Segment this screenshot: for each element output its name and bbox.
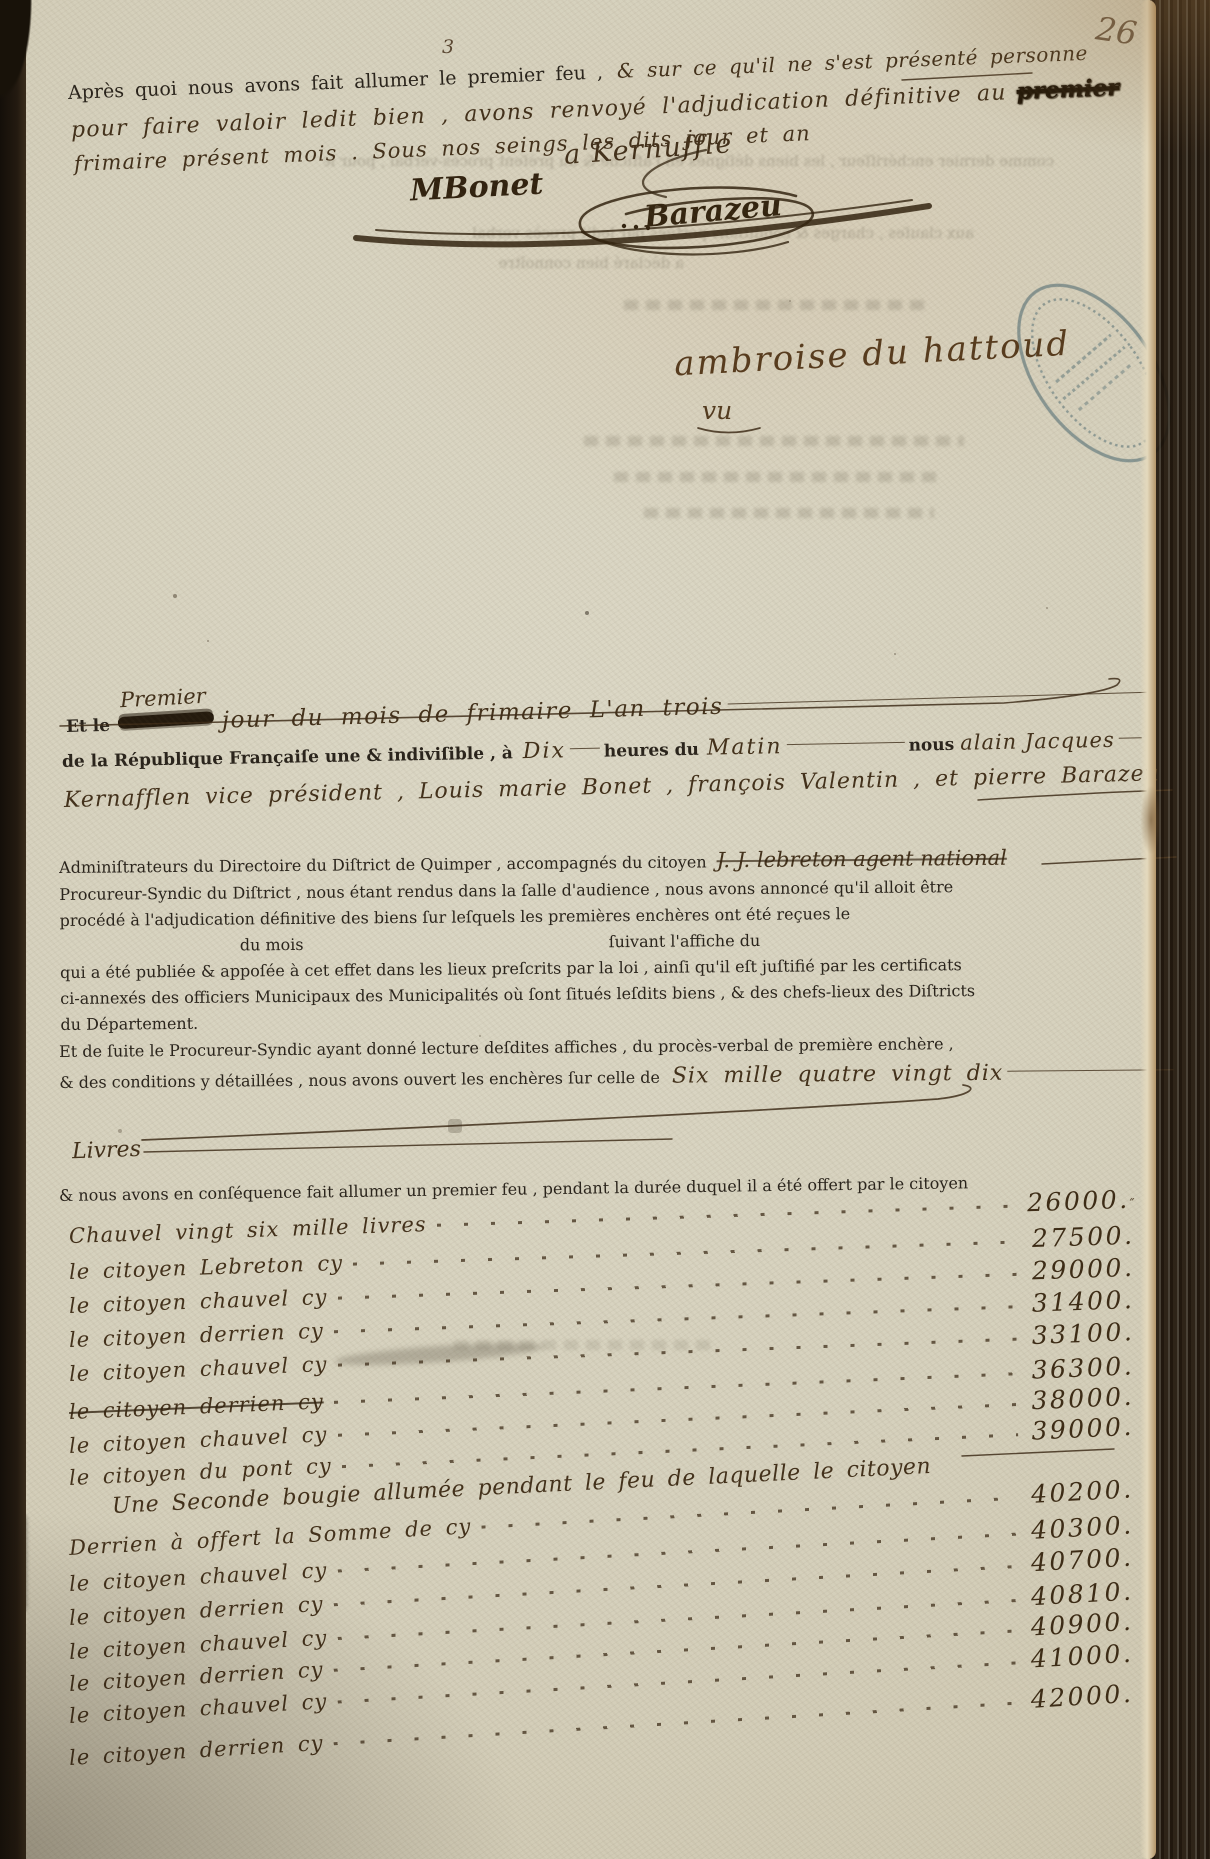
paragraph-line: Procureur-Syndic du Diſtrict , nous étan… — [59, 875, 1177, 904]
paragraph-line: ci-annexés des officiers Municipaux des … — [60, 979, 1178, 1008]
dotted-leader — [333, 1702, 1017, 1746]
scan-left-edge — [0, 0, 26, 1859]
name-annotation: ambroise du hattoud — [673, 324, 1071, 385]
bleedthrough-smudge — [644, 508, 934, 518]
handwritten-matin: Matin — [707, 734, 783, 760]
bid-amount: 42000. — [1030, 1679, 1134, 1714]
six-mille-swash — [142, 1085, 971, 1140]
vu-underline — [698, 428, 760, 433]
bidder-label: le citoyen derrien cy — [69, 1319, 325, 1352]
second-candle-trailing-rule — [962, 1449, 1114, 1456]
bleedthrough-smudge — [614, 472, 944, 482]
bid-amount: 36300. — [1031, 1351, 1135, 1384]
ruled-line — [1119, 736, 1142, 738]
bid-amount: 38000. — [1031, 1382, 1135, 1416]
printed-text: & des conditions y détaillées , nous avo… — [59, 1068, 660, 1092]
handwritten-continuation: & sur ce qu'il ne s'est présenté personn… — [616, 41, 1088, 83]
bid-amount: 40200. — [1030, 1474, 1134, 1508]
livres-trailing-rule — [144, 1139, 672, 1152]
bid-amount: 29000. — [1031, 1253, 1134, 1286]
printed-paragraph-2: Et de ſuite le Procureur-Syndic ayant do… — [59, 1032, 1177, 1094]
page-edge-highlight — [1140, 0, 1156, 1859]
paragraph-line: Et de ſuite le Procureur-Syndic ayant do… — [59, 1032, 1177, 1061]
bid-amount: 41000. — [1030, 1639, 1134, 1674]
paragraph-line: procédé à l'adjudication définitive des … — [59, 901, 1177, 930]
book-fore-edge — [1150, 0, 1210, 1859]
printed-republique: de la République Françaiſe une & indiviſ… — [62, 743, 513, 772]
page-number: 26 — [1094, 9, 1140, 52]
scan-corner-shadow — [0, 0, 52, 160]
bid-amount: 39000. — [1031, 1412, 1135, 1446]
bidder-label: le citoyen chauvel cy — [69, 1285, 328, 1318]
handwritten-date: jour du mois de frimaire L'an trois — [222, 694, 724, 734]
bid-amount: 40700. — [1030, 1543, 1134, 1578]
page-wrinkle — [1136, 772, 1166, 868]
bleedthrough-text: aux clauſes , charges & conditions porté… — [314, 224, 974, 242]
paragraph-line: qui a été publiée & appoſée à cet effet … — [60, 953, 1178, 982]
dotted-leader — [437, 1205, 1014, 1227]
bid-amount: 40300. — [1030, 1510, 1134, 1544]
ruled-line — [570, 746, 600, 749]
bleedthrough-smudge — [624, 300, 924, 310]
scanned-document: comme dernier enchériſſeur , les biens d… — [0, 0, 1210, 1859]
bleedthrough-text: a déclaré bien connoître — [344, 254, 684, 272]
bid-amount: 27500. — [1032, 1221, 1135, 1253]
struck-word: premier — [1016, 74, 1120, 105]
bid-amount: 26000. — [1027, 1185, 1130, 1217]
paragraph-line: du Département. — [60, 1005, 1178, 1034]
document-page: comme dernier enchériſſeur , les biens d… — [24, 0, 1150, 1859]
folio-mark: 3 — [442, 36, 454, 58]
handwritten-opening-bid: Six mille quatre vingt dix — [672, 1061, 1004, 1089]
bidder-label: le citoyen derrien cy — [68, 1731, 324, 1770]
paragraph-line: Adminiſtrateurs du Directoire du Diſtric… — [59, 844, 1177, 878]
bid-amount: 31400. — [1031, 1285, 1134, 1318]
vu-annotation: vu — [702, 396, 732, 425]
printed-heures: heures du — [604, 740, 699, 762]
bidder-label: le citoyen derrien cy — [69, 1389, 325, 1424]
struck-out-scribble — [118, 711, 215, 729]
bidder-label: Chauvel vingt six mille livres — [69, 1212, 427, 1248]
bidder-label: le citoyen chauvel cy — [69, 1352, 328, 1386]
bid-amount: 40900. — [1030, 1607, 1134, 1642]
printed-nous: nous — [908, 735, 954, 756]
ruled-line — [727, 691, 1151, 705]
bidder-label: le citoyen Lebreton cy — [69, 1251, 344, 1284]
bid-amount: 33100. — [1031, 1317, 1135, 1350]
printed-et-le: Et le — [66, 716, 111, 737]
printed-paragraph-1: Adminiſtrateurs du Directoire du Diſtric… — [59, 844, 1179, 1034]
handwritten-hour: Dix — [523, 738, 567, 764]
printed-du-mois: du mois — [240, 935, 304, 955]
paragraph-line: du mois ſuivant l'affiche du — [60, 927, 1178, 956]
handwritten-agent: J. J. lebreton agent national — [716, 846, 1006, 873]
handwritten-presidents: alain Jacques — [960, 728, 1115, 755]
bidder-label: le citoyen chauvel cy — [68, 1689, 327, 1728]
paragraph-line: & des conditions y détaillées , nous avo… — [59, 1059, 1177, 1094]
bid-amount: 40810. — [1030, 1577, 1134, 1612]
livres-mark: ″ — [1129, 1197, 1134, 1212]
signature-bonet: MBonet — [409, 167, 544, 209]
handwritten-livres: Livres — [72, 1137, 142, 1164]
printed-text: Adminiſtrateurs du Directoire du Diſtric… — [59, 852, 707, 877]
printed-suivant-affiche: ſuivant l'affiche du — [609, 931, 761, 951]
ruled-line — [787, 740, 905, 744]
bleedthrough-smudge — [584, 436, 964, 446]
